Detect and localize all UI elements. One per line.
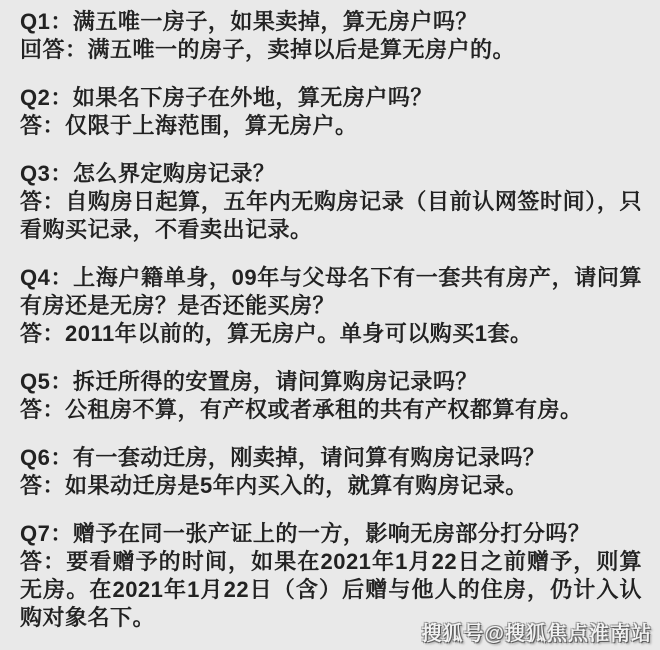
qa-item-1: Q1：满五唯一房子，如果卖掉，算无房户吗？ 回答：满五唯一的房子，卖掉以后是算无…: [20, 8, 642, 64]
question-text: Q5：拆迁所得的安置房，请问算购房记录吗？: [20, 368, 642, 396]
qa-item-3: Q3：怎么界定购房记录？ 答：自购房日起算，五年内无购房记录（目前认网签时间），…: [20, 160, 642, 244]
question-text: Q7：赠予在同一张产证上的一方，影响无房部分打分吗？: [20, 520, 642, 548]
qa-item-4: Q4：上海户籍单身，09年与父母名下有一套共有房产，请问算有房还是无房？是否还能…: [20, 264, 642, 348]
question-text: Q2：如果名下房子在外地，算无房户吗？: [20, 84, 642, 112]
answer-text: 答：自购房日起算，五年内无购房记录（目前认网签时间），只看购买记录，不看卖出记录…: [20, 188, 642, 244]
question-text: Q4：上海户籍单身，09年与父母名下有一套共有房产，请问算有房还是无房？是否还能…: [20, 264, 642, 320]
answer-text: 答：公租房不算，有产权或者承租的共有产权都算有房。: [20, 396, 642, 424]
qa-item-6: Q6：有一套动迁房，刚卖掉，请问算有购房记录吗？ 答：如果动迁房是5年内买入的，…: [20, 444, 642, 500]
question-text: Q6：有一套动迁房，刚卖掉，请问算有购房记录吗？: [20, 444, 642, 472]
sohu-watermark: 搜狐号@搜狐焦点淮南站: [421, 617, 652, 646]
question-text: Q1：满五唯一房子，如果卖掉，算无房户吗？: [20, 8, 642, 36]
qa-item-7: Q7：赠予在同一张产证上的一方，影响无房部分打分吗？ 答：要看赠予的时间，如果在…: [20, 520, 642, 632]
answer-text: 答：2011年以前的，算无房户。单身可以购买1套。: [20, 320, 642, 348]
qa-item-5: Q5：拆迁所得的安置房，请问算购房记录吗？ 答：公租房不算，有产权或者承租的共有…: [20, 368, 642, 424]
answer-text: 答：如果动迁房是5年内买入的，就算有购房记录。: [20, 472, 642, 500]
question-text: Q3：怎么界定购房记录？: [20, 160, 642, 188]
answer-text: 回答：满五唯一的房子，卖掉以后是算无房户的。: [20, 36, 642, 64]
qa-item-2: Q2：如果名下房子在外地，算无房户吗？ 答：仅限于上海范围，算无房户。: [20, 84, 642, 140]
answer-text: 答：仅限于上海范围，算无房户。: [20, 112, 642, 140]
faq-document-page: Q1：满五唯一房子，如果卖掉，算无房户吗？ 回答：满五唯一的房子，卖掉以后是算无…: [0, 0, 660, 650]
